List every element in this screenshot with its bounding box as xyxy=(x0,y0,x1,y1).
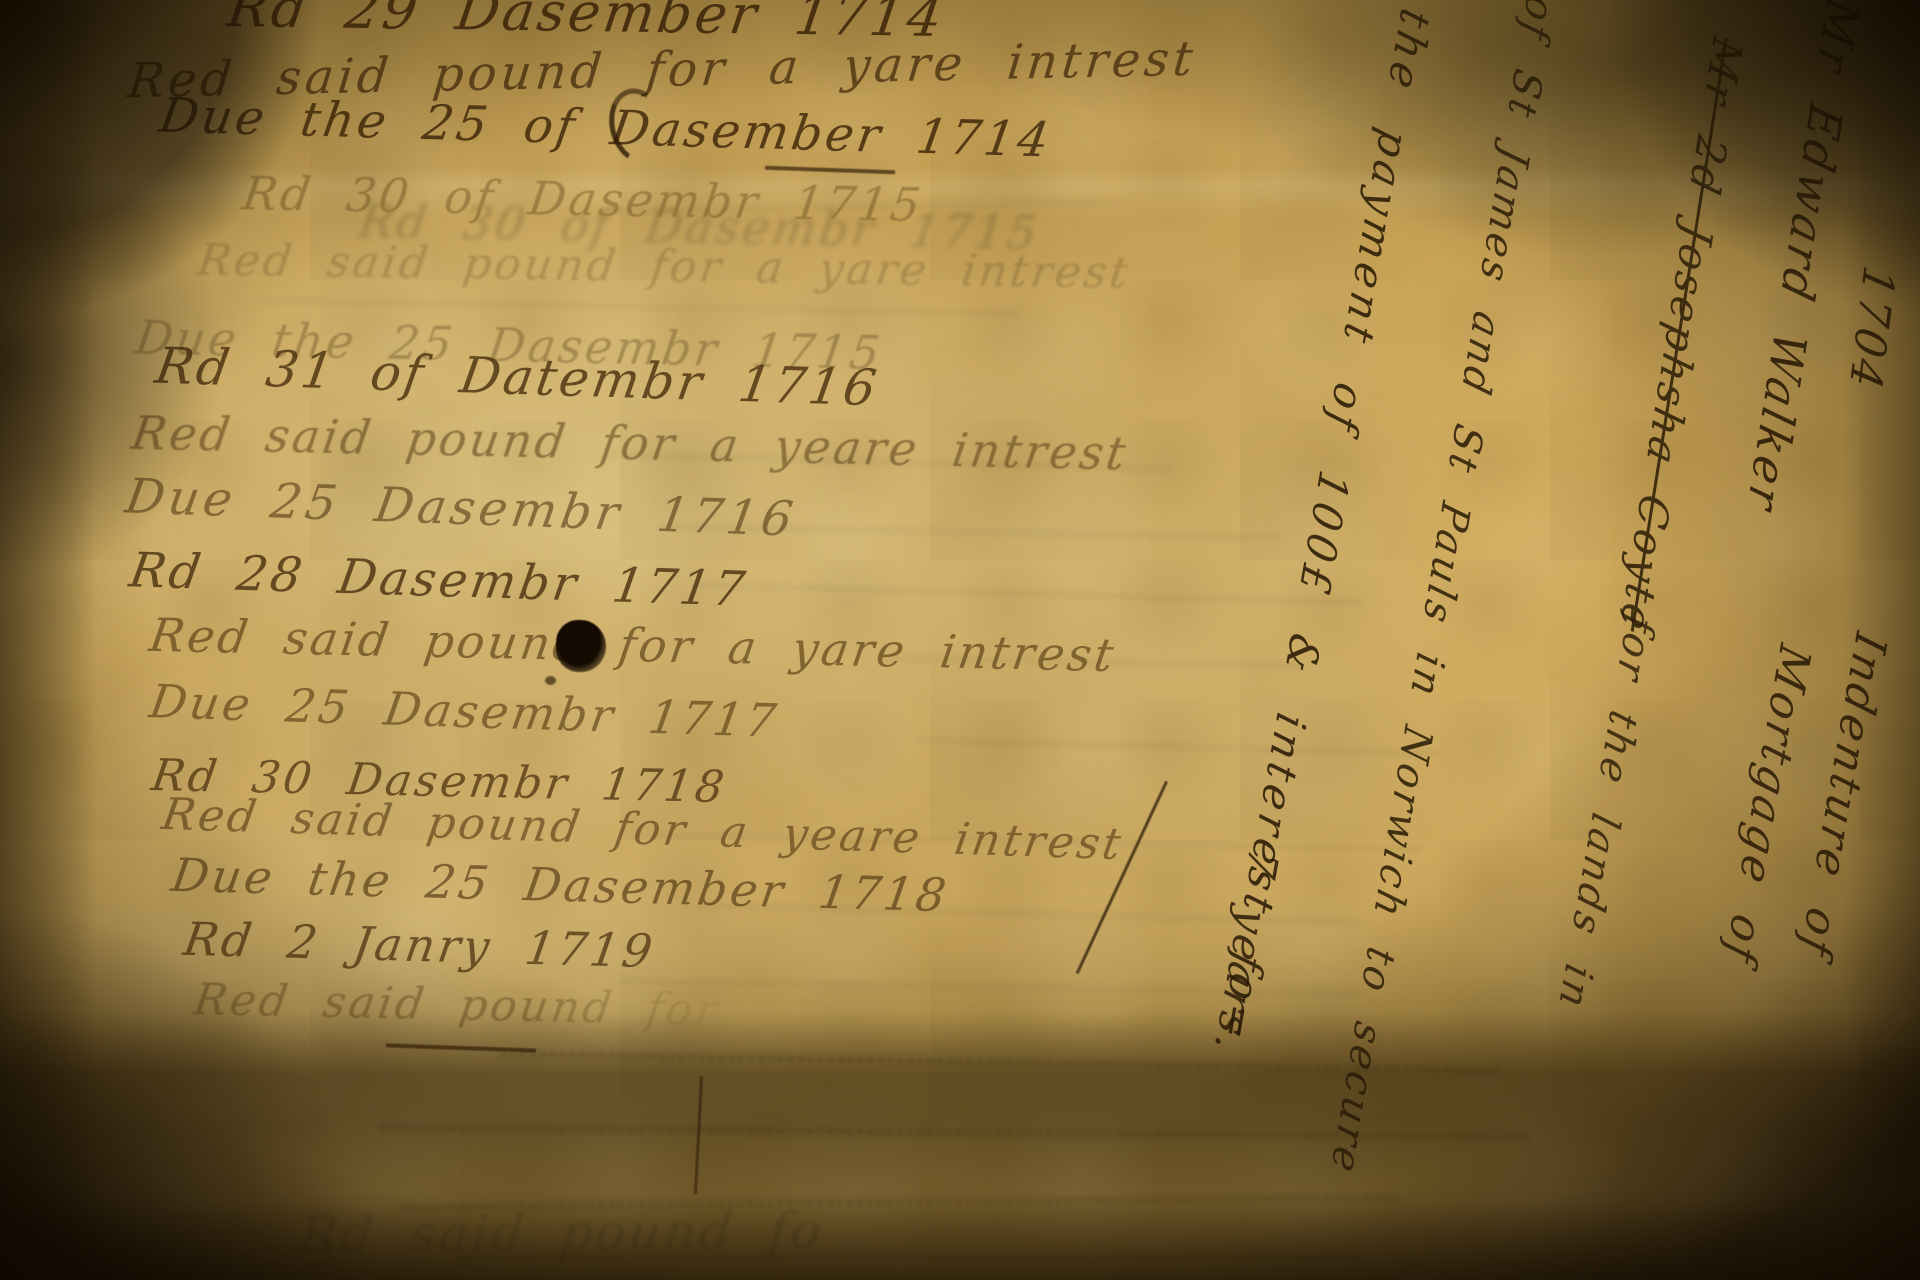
receipt-line: Rd 2 Janry 1719 xyxy=(181,916,658,974)
receipt-line-faded: Red said pound for a yare intrest xyxy=(195,239,1133,296)
ink-blot xyxy=(556,620,606,672)
margin-year: 1704 xyxy=(1842,262,1900,395)
manuscript-page: Rd 29 Dasember 1714 Red said pound for a… xyxy=(0,0,1920,1280)
ink-blot-drip xyxy=(545,676,556,685)
receipt-line-faded: Rd 30 of Dasembr 1715 xyxy=(240,170,926,228)
receipt-line-faded: Rd said pound fo xyxy=(297,1206,827,1261)
